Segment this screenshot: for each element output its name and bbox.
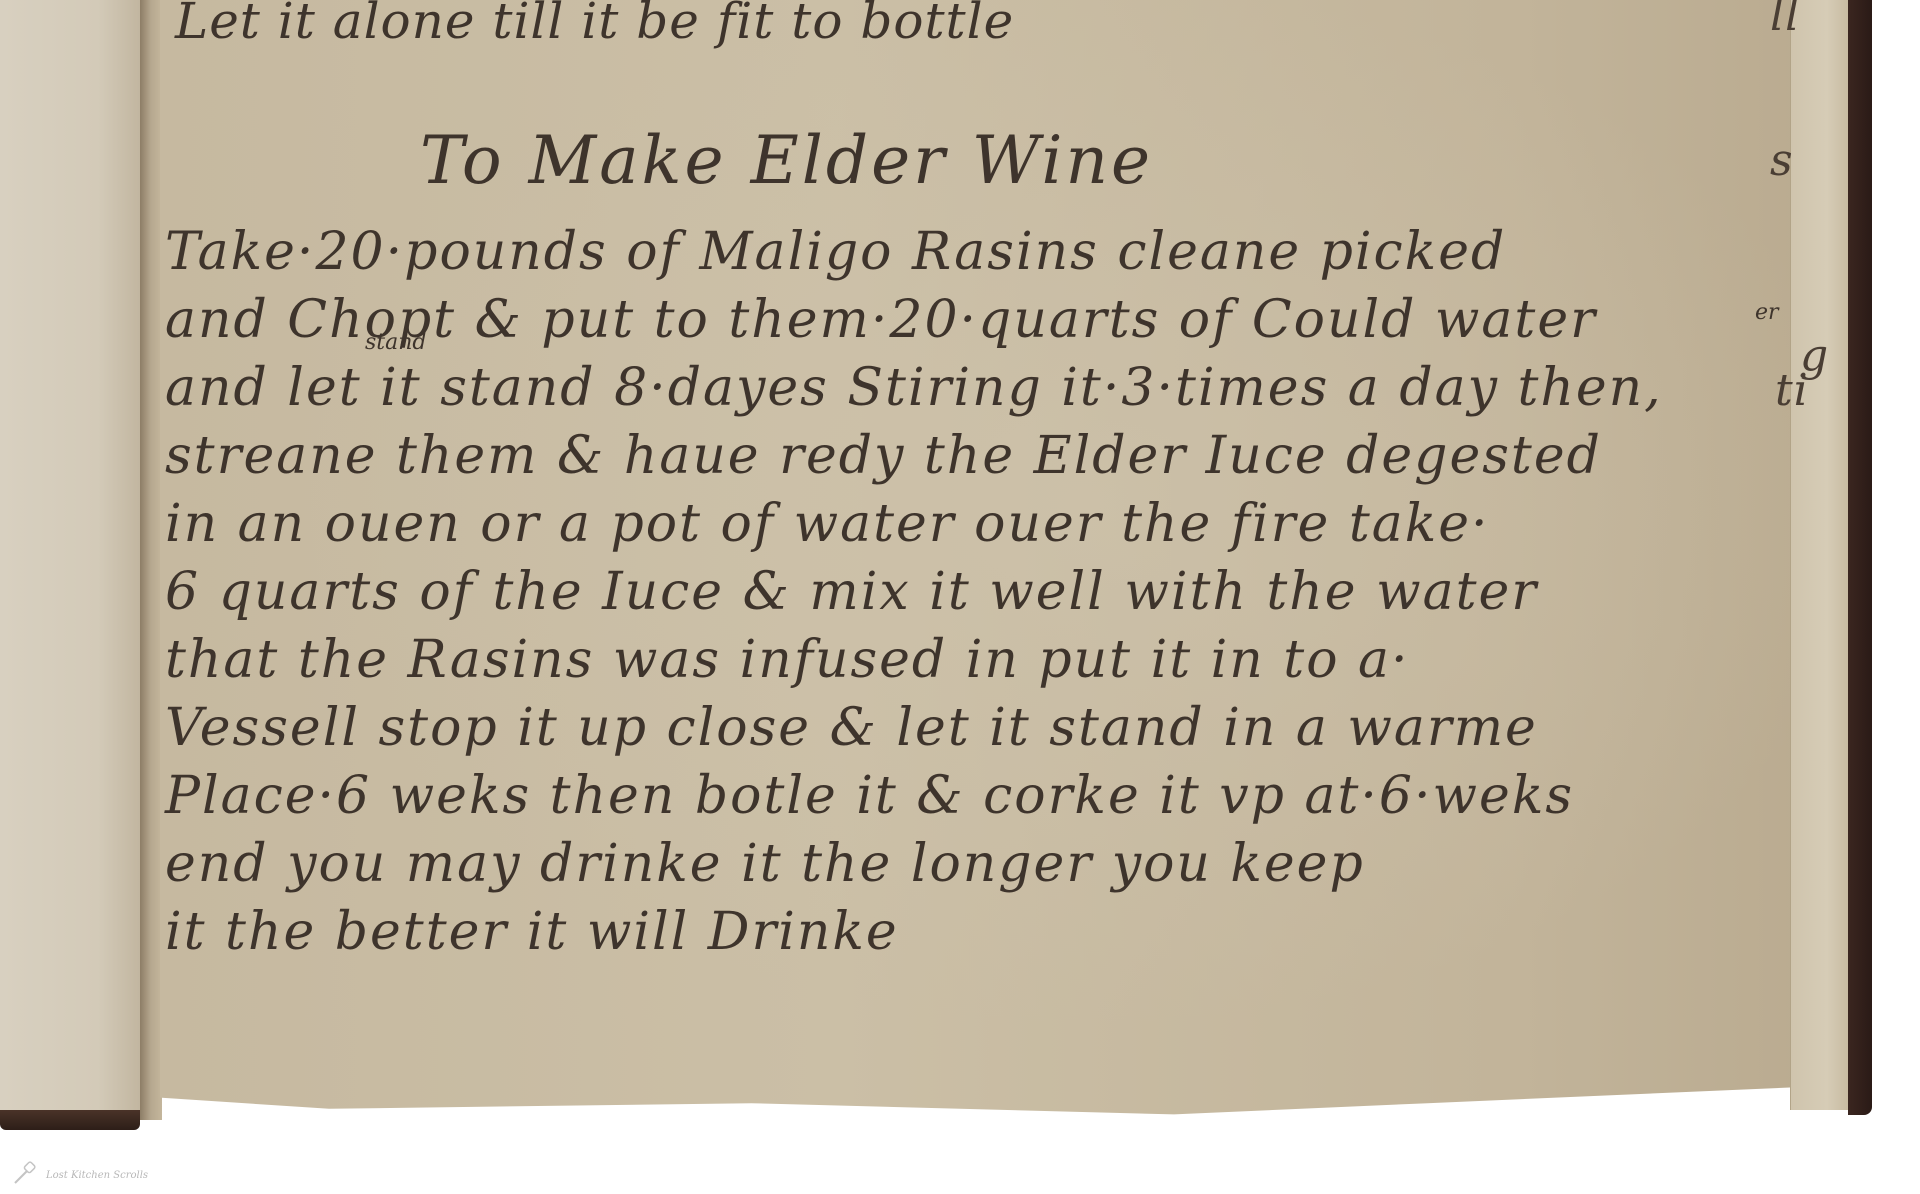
book-cover-edge — [0, 1110, 140, 1130]
margin-fragment: ti — [1775, 365, 1809, 416]
watermark-text: LostKitchen — [1500, 1100, 1668, 1138]
margin-fragment: ll — [1770, 0, 1800, 41]
recipe-line: in an ouen or a pot of water ouer the fi… — [165, 494, 1490, 554]
interlinear-insertion: stand — [365, 330, 427, 355]
recipe-line: it the better it will Drinke — [165, 902, 899, 962]
spatula-icon — [12, 1160, 38, 1191]
margin-fragment: s — [1770, 135, 1794, 186]
recipe-line: Take·20·pounds of Maligo Rasins cleane p… — [165, 222, 1506, 282]
left-blank-page — [0, 0, 142, 1115]
footer-logo: Lost Kitchen Scrolls — [12, 1160, 148, 1191]
footer-logo-text: Lost Kitchen Scrolls — [46, 1170, 148, 1181]
recipe-line: and let it stand 8·dayes Stiring it·3·ti… — [165, 358, 1663, 418]
book-cover-right-edge — [1848, 0, 1872, 1115]
recipe-line: streane them & haue redy the Elder Iuce … — [165, 426, 1602, 486]
book-gutter — [140, 0, 162, 1120]
recipe-line: 6 quarts of the Iuce & mix it well with … — [165, 562, 1538, 622]
recipe-line: that the Rasins was infused in put it in… — [165, 630, 1410, 690]
recipe-line: Vessell stop it up close & let it stand … — [165, 698, 1538, 758]
recipe-line: Place·6 weks then botle it & corke it vp… — [165, 766, 1574, 826]
previous-recipe-line: Let it alone till it be fit to bottle — [175, 0, 1014, 50]
page-foldout-edge — [1790, 0, 1851, 1110]
recipe-line: end you may drinke it the longer you kee… — [165, 834, 1365, 894]
interlinear-insertion: er — [1755, 300, 1779, 325]
recipe-title: To Make Elder Wine — [420, 122, 1153, 199]
